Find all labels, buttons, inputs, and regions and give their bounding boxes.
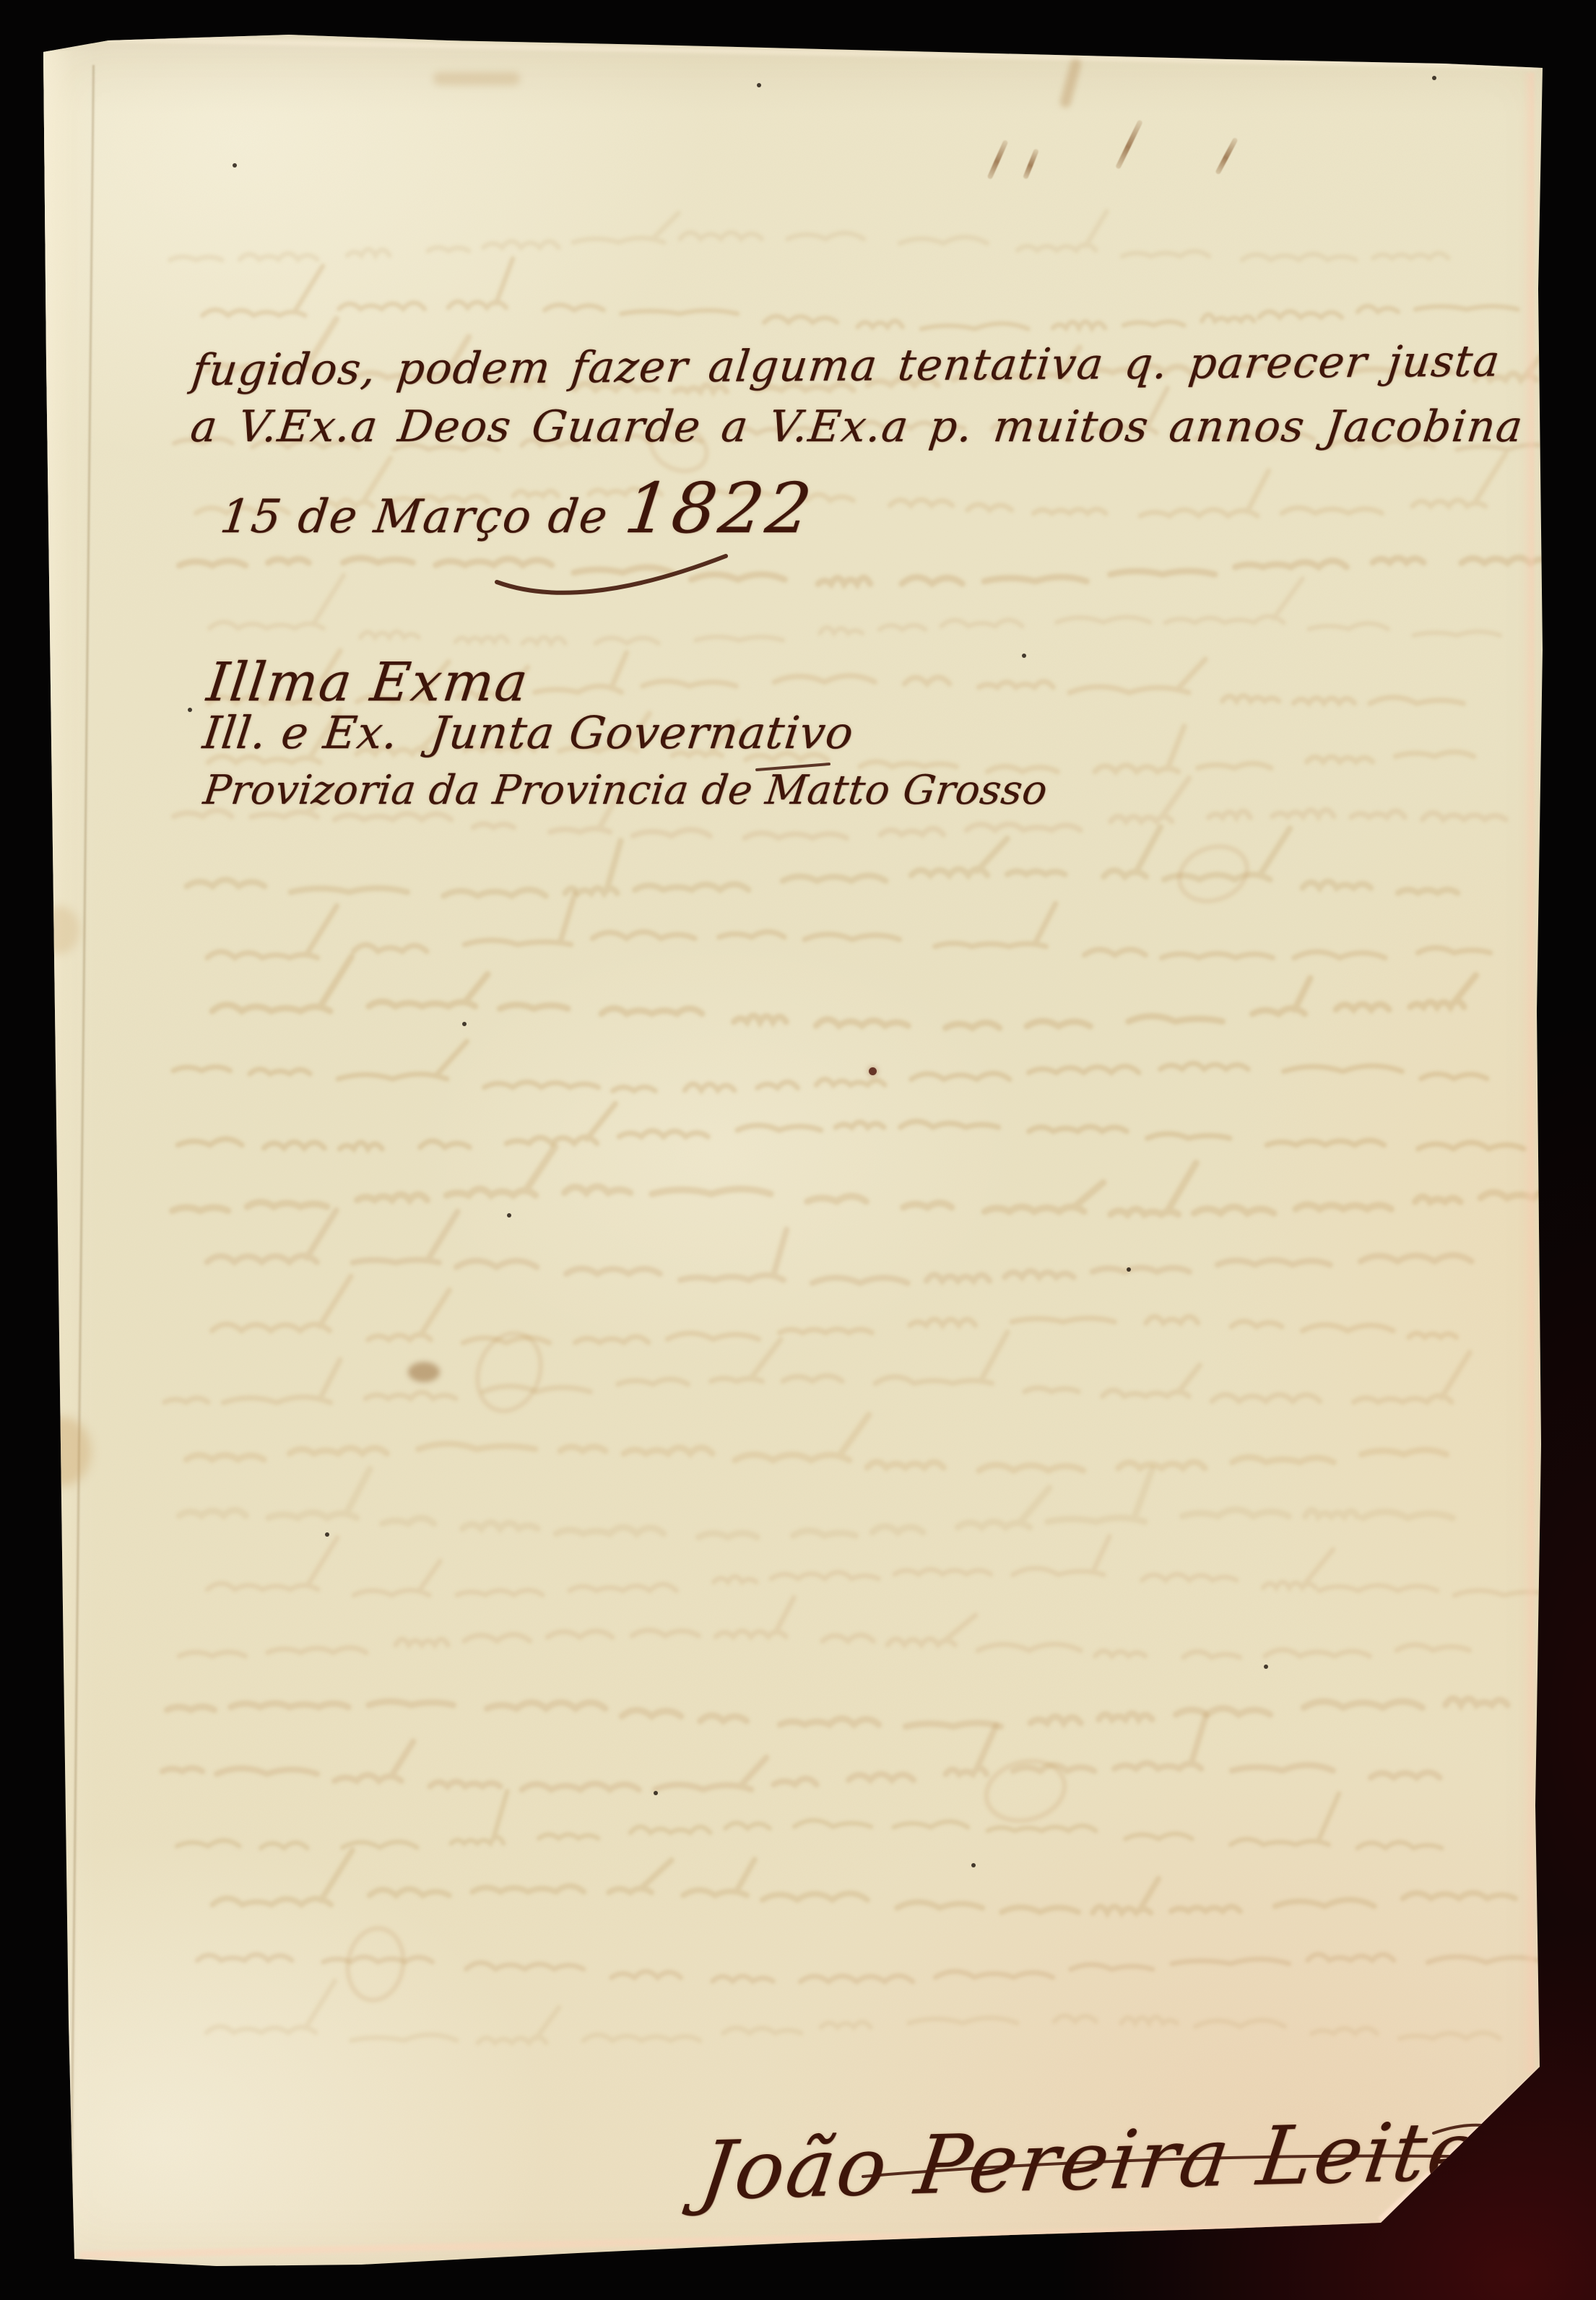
paper-edge-highlight-left [20, 51, 94, 2254]
signature: João Pereira Leite [695, 2104, 1484, 2218]
bleed-line [212, 957, 1476, 1028]
bleed-line [179, 1598, 1469, 1658]
salutation-line-2-start: Ill. e Ex. [200, 706, 402, 759]
body-line-2: a V.Ex.aDeos Guarde a V.Ex.a p. muitos a… [188, 402, 1526, 452]
paper-edge-highlight-bottom [79, 2222, 1379, 2259]
stain-dot-dark [869, 1067, 877, 1075]
bleed-line [187, 827, 1458, 895]
bleed-flourish-loop [467, 1324, 552, 1420]
stain-margin-1 [35, 1417, 91, 1486]
bleed-line [202, 259, 1517, 329]
date-prefix: 15 de Março de [217, 490, 628, 544]
bleed-line [177, 1791, 1441, 1848]
paper-edge-highlight-top [108, 36, 1538, 69]
salutation-line-2: Ill. e Ex.Junta Governativo [200, 706, 856, 759]
body-line-2-start: a V.Ex.a [188, 402, 381, 452]
paper-speck-7 [971, 1863, 976, 1867]
manuscript-scan: fugidos, podem fazer alguma tentativa q.… [0, 0, 1596, 2300]
paper-speck-8 [188, 708, 192, 712]
ink-slash-mark-2 [1023, 148, 1039, 179]
date-year: 1822 [620, 468, 818, 549]
year-underline-flourish [497, 556, 726, 593]
paper-speck-1 [757, 83, 761, 87]
ink-slash-mark-3 [1115, 119, 1143, 170]
bleed-line [197, 1954, 1545, 1982]
body-line-1: fugidos, podem fazer alguma tentativa q.… [189, 336, 1503, 396]
paper-speck-9 [1264, 1665, 1268, 1669]
paper-edge-highlight-right [1522, 72, 1534, 2073]
bleed-line [207, 1537, 1553, 1596]
paper-sheet: fugidos, podem fazer alguma tentativa q.… [0, 0, 1596, 2300]
ink-slash-mark-1 [987, 139, 1009, 180]
bleed-line [179, 557, 1553, 583]
bleed-line [186, 1415, 1447, 1470]
paper-speck-4 [507, 1213, 511, 1218]
salutation-line-2-rest: Junta Governativo [428, 706, 856, 759]
bleed-flourish-loop [980, 1753, 1072, 1829]
bleed-line [209, 576, 1500, 644]
stain-smudge-1 [408, 1362, 440, 1382]
paper-speck-10 [654, 1791, 658, 1795]
paper-speck-6 [325, 1532, 329, 1537]
salutation-line-1: Illma Exma [204, 651, 532, 713]
signature-tail-stroke [1518, 2107, 1530, 2226]
bleed-line [173, 1147, 1586, 1215]
bleed-flourish-loop [342, 1924, 409, 2005]
bleed-line [162, 1714, 1440, 1789]
left-crease-line [70, 65, 95, 2224]
bleed-line [212, 1276, 1457, 1342]
bleed-line [173, 1041, 1487, 1091]
paper-speck-3 [1432, 76, 1436, 80]
bleed-line [207, 1981, 1499, 2043]
body-line-2-rest: Deos Guarde a V.Ex.a p. muitos annos Jac… [395, 402, 1526, 452]
stain-top-streak-2 [433, 72, 520, 85]
bleed-line [212, 1850, 1515, 1913]
ink-slash-mark-4 [1215, 137, 1238, 175]
paper-speck-2 [233, 163, 237, 168]
bleed-line [170, 212, 1449, 260]
date-line: 15 de Março de 1822 [217, 468, 818, 549]
bleed-line [207, 1210, 1472, 1283]
bleed-line [180, 1469, 1453, 1537]
bleed-line [167, 1698, 1507, 1727]
stain-margin-2 [40, 906, 79, 954]
salutation-line-3: Provizoria da Provincia de Matto Grosso [201, 767, 1050, 814]
paper-speck-12 [462, 1022, 467, 1026]
bleed-line [165, 1332, 1470, 1403]
paper-speck-11 [1022, 654, 1026, 658]
stain-top-streak [1059, 57, 1083, 108]
bleed-line [178, 1103, 1524, 1149]
bleed-line [207, 894, 1491, 958]
bleed-flourish-loop [1172, 838, 1255, 910]
paper-speck-5 [1127, 1267, 1131, 1272]
